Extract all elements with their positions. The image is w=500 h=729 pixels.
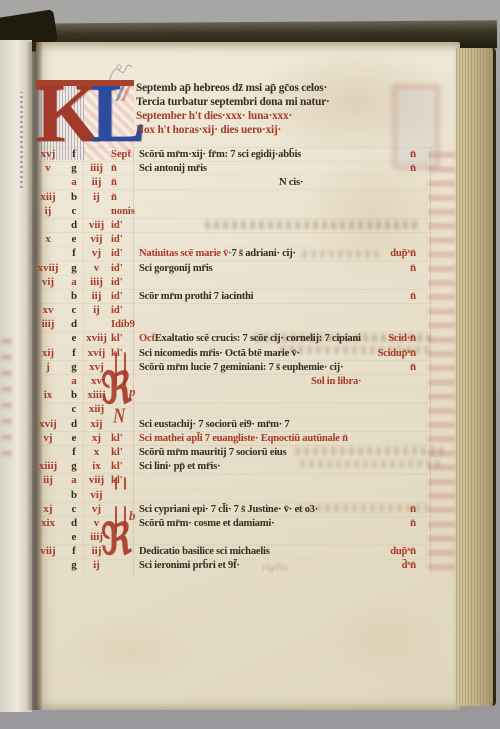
feast-entry-cell: Natiuitas scē marie v̄· 7 s̄ adriani· ci… xyxy=(139,247,410,261)
feast-text: Dedicatio basilice sci michaelis xyxy=(139,545,270,559)
margin-note-cell: n̄ xyxy=(410,246,434,260)
feast-text: Sci nicomedis mr̄is· Octā btē marie v̄· xyxy=(139,347,300,361)
golden-number-cell: xiij xyxy=(30,190,66,204)
golden-number-cell: iiij xyxy=(30,317,66,331)
golden-number-cell: xix xyxy=(30,516,66,530)
golden-number-cell: x xyxy=(30,232,66,246)
feast-text: dup̃ˣ xyxy=(390,247,410,261)
red-flourish-b: b xyxy=(129,508,136,524)
day-number-cell: ij xyxy=(82,303,111,317)
kalend-marker-cell: id' xyxy=(111,233,139,247)
feast-text: dup̃ˣ xyxy=(390,545,410,559)
calendar-row: xvjfSept̄Scōrū mr̄m·xij· fr̄m: 7 sci egi… xyxy=(30,147,434,161)
golden-number-cell: iij xyxy=(30,473,66,487)
day-number-cell: xj xyxy=(82,431,111,445)
margin-note-cell: n̄ xyxy=(410,161,434,175)
dominical-letter-cell: e xyxy=(66,232,82,246)
dominical-letter-cell: d xyxy=(66,218,82,232)
day-number-cell: vj xyxy=(82,246,111,260)
margin-note-cell: n̄ xyxy=(410,544,434,558)
feast-entry-cell: Oct̄ Exaltatio scē crucis: 7 scōr cij· c… xyxy=(139,332,410,346)
day-number-cell: vij xyxy=(82,488,111,502)
day-number-cell: iij xyxy=(82,175,111,189)
dominical-letter-cell: e xyxy=(66,530,82,544)
feast-text: Sci gorgonij mr̄is xyxy=(139,262,212,276)
feast-text: Scid· xyxy=(388,332,410,346)
header-rubric-line-1: September h't dies·xxx· luna·xxx· xyxy=(136,109,330,123)
feast-text: Oct̄ xyxy=(139,332,155,346)
calendar-row: vijaiiijid' xyxy=(30,275,434,289)
golden-number-cell: xvj xyxy=(30,147,66,161)
calendar-row: jgxvjScōrū mr̄m lucie 7 geminiani: 7 s̄ … xyxy=(30,360,434,374)
feast-entry-cell: Sci mathei apl̄i 7 euangliste· Eqnoctiū … xyxy=(139,432,410,446)
dominical-letter-cell: e xyxy=(66,431,82,445)
dominical-letter-cell: g xyxy=(66,360,82,374)
feast-text: Scōrū mr̄m· cosme et damiami· xyxy=(139,517,274,531)
margin-note-cell: n̄ xyxy=(410,502,434,516)
calendar-row: xevijid' xyxy=(30,232,434,246)
dominical-letter-cell: g xyxy=(66,558,82,572)
calendar-header: Septemb ap̄ hebreos dz̄ msi ap̄ gc̄os ce… xyxy=(136,81,330,137)
feast-entry-cell: Scōrū mr̄m mauritij 7 sociorū eius xyxy=(139,446,410,460)
feast-text: Scōrū mr̄m·xij· fr̄m: 7 sci egidij·abb̄i… xyxy=(139,148,301,162)
kalend-marker-cell: n̄ xyxy=(111,191,139,205)
margin-penwork-icon xyxy=(20,92,23,188)
feast-entry-cell: N cis· xyxy=(139,176,410,190)
header-verse-line-1: Septemb ap̄ hebreos dz̄ msi ap̄ gc̄os ce… xyxy=(136,81,330,95)
golden-number-cell: xvij xyxy=(30,417,66,431)
feast-text: N cis· xyxy=(279,176,303,190)
calendar-row: vjexjkl'Sci mathei apl̄i 7 euangliste· E… xyxy=(30,431,434,445)
day-number-cell: iij xyxy=(82,289,111,303)
margin-note-cell: n̄ xyxy=(410,331,434,345)
dominical-letter-cell: f xyxy=(66,246,82,260)
red-flourish-p: p xyxy=(129,384,136,400)
calendar-row: axvSol in libra· xyxy=(30,374,434,388)
kalend-marker-cell: id' xyxy=(111,262,139,276)
feast-entry-cell: Dedicatio basilice sci michaelisdup̃ˣ xyxy=(139,545,410,559)
dominical-letter-cell: g xyxy=(66,161,82,175)
day-number-cell: ix xyxy=(82,459,111,473)
day-number-cell: viij xyxy=(82,473,111,487)
margin-note-cell: n̄ xyxy=(410,289,434,303)
dominical-letter-cell: g xyxy=(66,459,82,473)
day-number-cell: x xyxy=(82,445,111,459)
calendar-row: gijSci ieronimi prb̄ri et 9f̄·d̄ˣn̄ xyxy=(30,558,434,572)
feast-text: Sci mathei apl̄i 7 euangliste· Eqnoctiū … xyxy=(139,432,348,446)
dominical-letter-cell: a xyxy=(66,275,82,289)
margin-note-cell: n̄ xyxy=(410,261,434,275)
calendar-row: xvijdxijSci eustachij· 7 sociorū ei9· mr… xyxy=(30,417,434,431)
feast-text: Sci eustachij· 7 sociorū ei9· mr̄m· 7 xyxy=(139,418,289,432)
kalend-marker-cell: id' xyxy=(111,276,139,290)
calendar-row: xixdvScōrū mr̄m· cosme et damiami·n̄ xyxy=(30,516,434,530)
feast-text: Sci ieronimi prb̄ri et 9f̄· xyxy=(139,559,240,573)
feast-text: Sci antonij mr̄is xyxy=(139,162,207,176)
red-flourish-n: N xyxy=(113,404,125,429)
day-number-cell: iiij xyxy=(82,275,111,289)
kalend-marker-cell: n̄ xyxy=(111,162,139,176)
manuscript-photo: vigilia K L Septemb ap̄ hebreos dz̄ msi … xyxy=(0,0,500,729)
day-number-cell: vij xyxy=(82,232,111,246)
dominical-letter-cell: f xyxy=(66,346,82,360)
day-number-cell: xvij xyxy=(82,346,111,360)
kalend-marker-cell: id' xyxy=(111,247,139,261)
kalend-marker-cell: Sept̄ xyxy=(111,148,139,162)
day-number-cell: iiij xyxy=(82,161,111,175)
kalend-marker-cell: n̄ xyxy=(111,176,139,190)
red-flourish-r: ℜ xyxy=(101,518,132,562)
golden-number-cell: xv xyxy=(30,303,66,317)
calendar-row: xiijbijn̄ xyxy=(30,190,434,204)
fore-edge-page-stack xyxy=(456,48,496,706)
feast-entry-cell: Sci ieronimi prb̄ri et 9f̄·d̄ˣ xyxy=(139,559,410,573)
kalend-marker-cell: nonis xyxy=(111,205,139,219)
kalend-marker-cell: id' xyxy=(111,290,139,304)
feast-text: Scidup̄ˣ xyxy=(378,347,411,361)
dominical-letter-cell: f xyxy=(66,445,82,459)
day-number-cell: v xyxy=(82,261,111,275)
feast-entry-cell: Scōrū mr̄m· cosme et damiami· xyxy=(139,517,410,531)
calendar-row: viijfiijDedicatio basilice sci michaelis… xyxy=(30,544,434,558)
margin-note-cell: n̄ xyxy=(410,147,434,161)
dominical-letter-cell: a xyxy=(66,473,82,487)
calendar-row: biijid'Scōr mr̄m prothi 7 iacinthin̄ xyxy=(30,289,434,303)
feast-entry-cell: Sci antonij mr̄is xyxy=(139,162,410,176)
feast-text: Scōr mr̄m prothi 7 iacinthi xyxy=(139,290,253,304)
calendar-row: ijcnonis xyxy=(30,204,434,218)
dominical-letter-cell: a xyxy=(66,374,82,388)
calendar-row: bvij xyxy=(30,488,434,502)
calendar-row: dviijid' xyxy=(30,218,434,232)
feast-text: Sci lini· pp̄ et mr̄is· xyxy=(139,460,220,474)
feast-text: Sci cypriani epi· 7 cl̄i· 7 s̄ Justine· … xyxy=(139,503,318,517)
golden-number-cell: j xyxy=(30,360,66,374)
calendar-row: exviijkl'Oct̄ Exaltatio scē crucis: 7 sc… xyxy=(30,331,434,345)
day-number-cell: xviij xyxy=(82,331,111,345)
kalend-marker-cell: id' xyxy=(111,304,139,318)
dominical-letter-cell: b xyxy=(66,190,82,204)
kalend-marker-cell: kl' xyxy=(111,432,139,446)
calendar-row: xiiijgixkl'Sci lini· pp̄ et mr̄is· xyxy=(30,459,434,473)
dominical-letter-cell: c xyxy=(66,502,82,516)
dominical-letter-cell: c xyxy=(66,402,82,416)
golden-number-cell: vij xyxy=(30,275,66,289)
dominical-letter-cell: f xyxy=(66,544,82,558)
margin-note-cell: n̄ xyxy=(410,558,434,572)
margin-note-cell: n̄ xyxy=(410,360,434,374)
dominical-letter-cell: c xyxy=(66,303,82,317)
golden-number-cell: xij xyxy=(30,346,66,360)
golden-number-cell: xiiij xyxy=(30,459,66,473)
dominical-letter-cell: d xyxy=(66,417,82,431)
feast-text: Scōrū mr̄m lucie 7 geminiani: 7 s̄ euphe… xyxy=(139,361,343,375)
feast-text: Scōrū mr̄m mauritij 7 sociorū eius xyxy=(139,446,286,460)
dominical-letter-cell: b xyxy=(66,388,82,402)
kalend-marker-cell: Idib9 xyxy=(111,318,139,332)
kalend-marker-cell: id' xyxy=(111,219,139,233)
dominical-letter-cell: g xyxy=(66,261,82,275)
dominical-letter-cell: f xyxy=(66,147,82,161)
calendar-row: xjcvjSci cypriani epi· 7 cl̄i· 7 s̄ Just… xyxy=(30,502,434,516)
margin-note-cell: n̄ xyxy=(410,516,434,530)
kalend-marker-cell: kl' xyxy=(111,460,139,474)
red-flourish-bracket xyxy=(115,477,126,490)
feast-text: d̄ˣ xyxy=(402,559,410,573)
golden-number-cell: ij xyxy=(30,204,66,218)
margin-note-cell: n̄ xyxy=(410,346,434,360)
calendar-row: fxkl'Scōrū mr̄m mauritij 7 sociorū eius xyxy=(30,445,434,459)
feast-entry-cell: Scōrū mr̄m lucie 7 geminiani: 7 s̄ euphe… xyxy=(139,361,410,375)
dominical-letter-cell: c xyxy=(66,204,82,218)
header-verse-line-2: Tercia turbatur septembri dona mi natur· xyxy=(136,95,330,109)
feast-entry-cell: Scōr mr̄m prothi 7 iacinthi xyxy=(139,290,410,304)
calendar-row: xviijgvid'Sci gorgonij mr̄isn̄ xyxy=(30,261,434,275)
calendar-row: fvjid'Natiuitas scē marie v̄· 7 s̄ adria… xyxy=(30,246,434,260)
golden-number-cell: viij xyxy=(30,544,66,558)
feast-entry-cell: Sci nicomedis mr̄is· Octā btē marie v̄·S… xyxy=(139,347,410,361)
dominical-letter-cell: e xyxy=(66,331,82,345)
feast-text: Sol in libra· xyxy=(311,375,361,389)
kalend-marker-cell: kl' xyxy=(111,332,139,346)
golden-number-cell: vj xyxy=(30,431,66,445)
golden-number-cell: xj xyxy=(30,502,66,516)
feast-entry-cell: Sci eustachij· 7 sociorū ei9· mr̄m· 7 xyxy=(139,418,410,432)
feast-entry-cell: Sci lini· pp̄ et mr̄is· xyxy=(139,460,410,474)
day-number-cell: ij xyxy=(82,190,111,204)
feast-entry-cell: Sci gorgonij mr̄is xyxy=(139,262,410,276)
dominical-letter-cell: b xyxy=(66,488,82,502)
calendar-row: iijaviijkl' xyxy=(30,473,434,487)
day-number-cell: viij xyxy=(82,218,111,232)
calendar-row: aiijn̄N cis· xyxy=(30,175,434,189)
dominical-letter-cell: a xyxy=(66,175,82,189)
feast-entry-cell: Scōrū mr̄m·xij· fr̄m: 7 sci egidij·abb̄i… xyxy=(139,148,410,162)
calendar-table: xvjfSept̄Scōrū mr̄m·xij· fr̄m: 7 sci egi… xyxy=(30,147,434,573)
dominical-letter-cell: b xyxy=(66,289,82,303)
calendar-row: cxiij xyxy=(30,402,434,416)
day-number-cell: vj xyxy=(82,502,111,516)
dominical-letter-cell: d xyxy=(66,516,82,530)
golden-number-cell: v xyxy=(30,161,66,175)
day-number-cell: xij xyxy=(82,417,111,431)
calendar-row: iiijdIdib9 xyxy=(30,317,434,331)
calendar-row: ixbxiiij xyxy=(30,388,434,402)
feast-text: Natiuitas scē marie v̄· xyxy=(139,247,231,261)
feast-text: Exaltatio scē crucis: 7 scōr cij· cornel… xyxy=(155,332,361,346)
calendar-row: vgiiijn̄Sci antonij mr̄isn̄ xyxy=(30,161,434,175)
golden-number-cell: xviij xyxy=(30,261,66,275)
facing-page-bleed-marks xyxy=(2,336,12,456)
feast-entry-cell: Sol in libra· xyxy=(139,375,410,389)
header-rubric-line-2: Nox h't horas·xij· dies uero·xij· xyxy=(136,123,330,137)
kalend-marker-cell: kl' xyxy=(111,446,139,460)
golden-number-cell: ix xyxy=(30,388,66,402)
calendar-row: eiiij xyxy=(30,530,434,544)
feast-entry-cell: Sci cypriani epi· 7 cl̄i· 7 s̄ Justine· … xyxy=(139,503,410,517)
feast-text: 7 s̄ adriani· cij· xyxy=(231,247,295,261)
dominical-letter-cell: d xyxy=(66,317,82,331)
calendar-row: xijfxvijkl'Sci nicomedis mr̄is· Octā btē… xyxy=(30,346,434,360)
calendar-row: xvcijid' xyxy=(30,303,434,317)
